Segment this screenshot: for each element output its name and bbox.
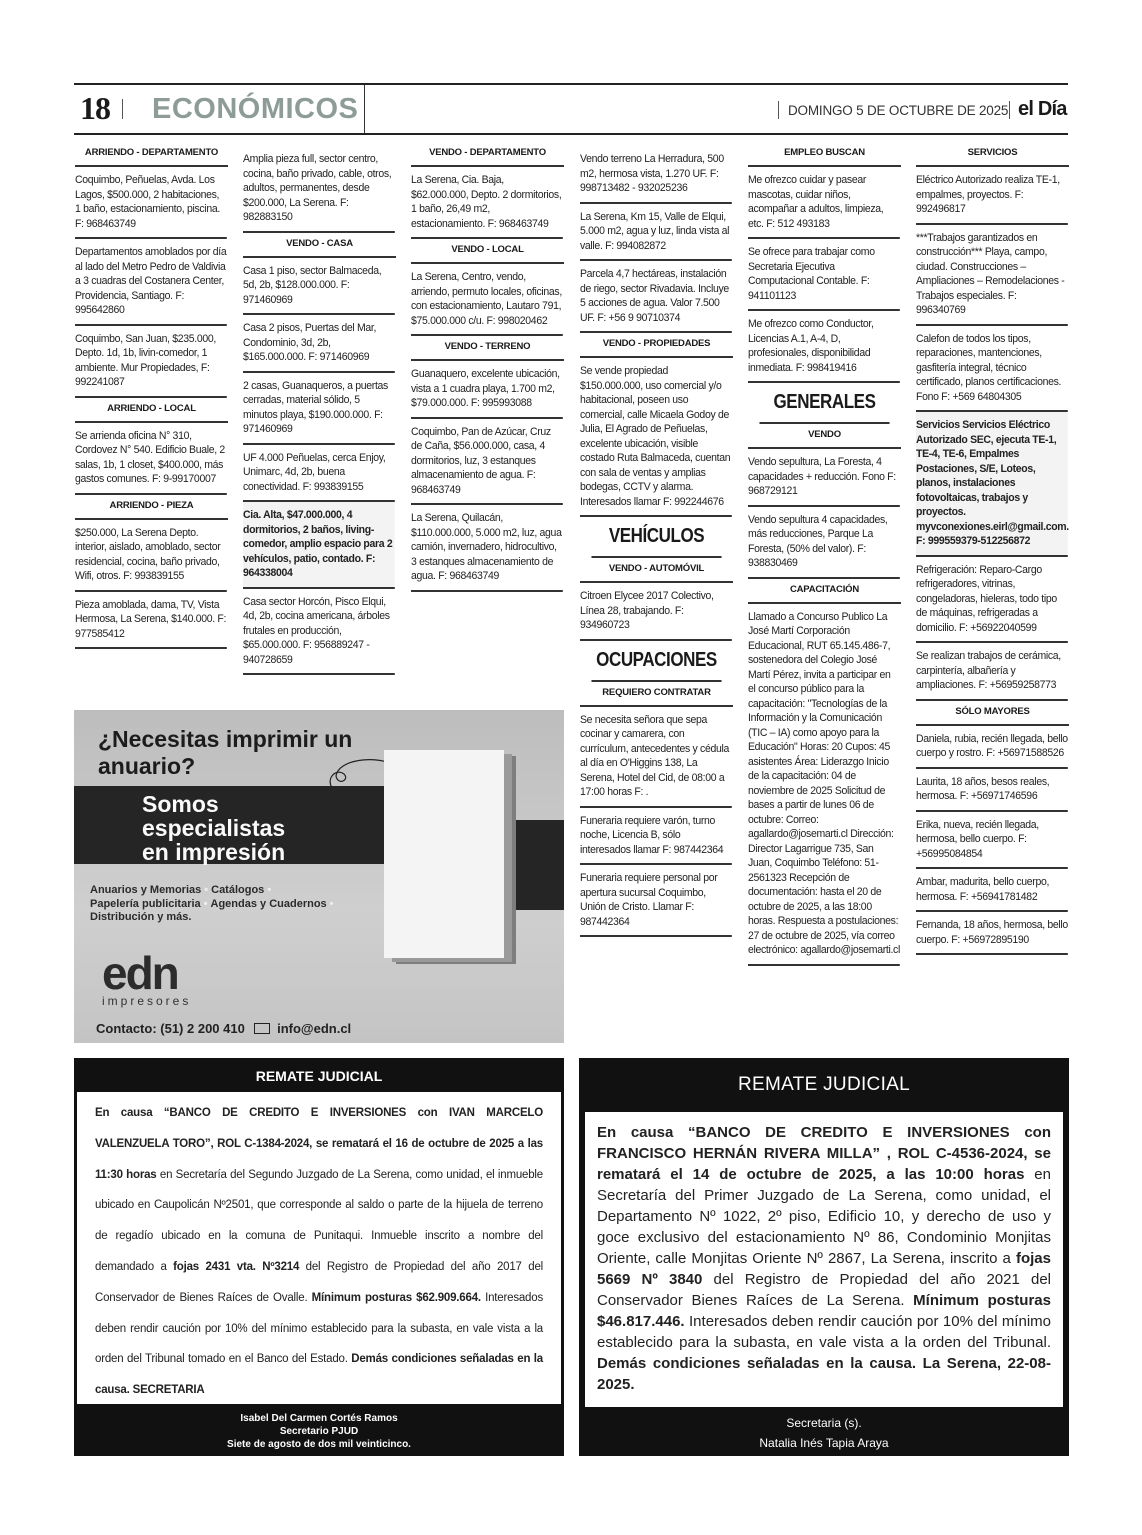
category-heading: VENDO - AUTOMÓVIL <box>580 558 733 583</box>
classified-ad: Eléctrico Autorizado realiza TE-1, empal… <box>916 167 1068 225</box>
category-heading: VENDO - PROPIEDADES <box>580 333 733 358</box>
category-heading: VENDO - TERRENO <box>411 336 564 361</box>
classified-ad: Se necesita señora que sepa cocinar y ca… <box>580 707 732 808</box>
section-title: ECONÓMICOS <box>152 93 358 126</box>
classified-ad: Se vende propiedad $150.000.000, uso com… <box>580 358 732 517</box>
contact-phone: Contacto: (51) 2 200 410 <box>96 1021 245 1036</box>
category-heading: SÓLO MAYORES <box>916 701 1069 726</box>
category-heading: CAPACITACIÓN <box>748 579 901 604</box>
classified-ad: Casa 1 piso, sector Balmaceda, 5d, 2b, $… <box>243 258 395 316</box>
classified-ad: Me ofrezco como Conductor, Licencias A.1… <box>748 311 900 383</box>
promo-contact: Contacto: (51) 2 200 410 info@edn.cl <box>96 1021 351 1036</box>
classified-ad: Funeraria requiere varón, turno noche, L… <box>580 808 732 866</box>
promo-dark-band <box>514 820 564 910</box>
category-heading: VENDO <box>748 424 901 449</box>
notice-title: REMATE JUDICIAL <box>74 1058 564 1092</box>
section-heading-generales: GENERALES <box>759 383 889 424</box>
classified-ad: $250.000, La Serena Depto. interior, ais… <box>75 520 227 592</box>
classified-ad: Llamado a Concurso Publico La José Martí… <box>748 604 900 966</box>
notice-title: REMATE JUDICIAL <box>579 1058 1069 1112</box>
page-number: 18 <box>80 90 110 127</box>
classified-ad: Vendo sepultura 4 capacidades, más reduc… <box>748 507 900 579</box>
divider <box>1009 101 1010 119</box>
notice-signature: Isabel Del Carmen Cortés Ramos Secretari… <box>74 1404 564 1451</box>
column-1: ARRIENDO - DEPARTAMENTO Coquimbo, Peñuel… <box>75 142 228 649</box>
section-heading-vehiculos: VEHÍCULOS <box>591 517 721 558</box>
category-heading: SERVICIOS <box>916 142 1069 167</box>
classified-ad: UF 4.000 Peñuelas, cerca Enjoy, Unimarc,… <box>243 445 395 503</box>
classified-ad: Laurita, 18 años, besos reales, hermosa.… <box>916 769 1068 812</box>
notice-body: En causa “BANCO DE CREDITO E INVERSIONES… <box>77 1092 561 1404</box>
classified-ad: Departamentos amoblados por día al lado … <box>75 239 227 326</box>
category-heading: ARRIENDO - PIEZA <box>75 495 228 520</box>
section-heading-ocupaciones: OCUPACIONES <box>591 641 721 682</box>
classified-ad: Refrigeración: Reparo-Cargo refrigerador… <box>916 557 1068 644</box>
legal-notice-remate-2: REMATE JUDICIAL En causa “BANCO DE CREDI… <box>579 1058 1069 1456</box>
classified-ad: Funeraria requiere personal por apertura… <box>580 865 732 937</box>
contact-email[interactable]: info@edn.cl <box>277 1021 351 1036</box>
classified-ad: Casa sector Horcón, Pisco Elqui, 4d, 2b,… <box>243 589 395 676</box>
classified-ad: Se ofrece para trabajar como Secretaria … <box>748 239 900 311</box>
classified-ad-featured: Cia. Alta, $47.000.000, 4 dormitorios, 2… <box>243 502 395 589</box>
classified-ad: Ambar, madurita, bello cuerpo, hermosa. … <box>916 869 1068 912</box>
classified-ad: Vendo sepultura, La Foresta, 4 capacidad… <box>748 449 900 507</box>
newspaper-logo: el Día <box>1018 98 1067 121</box>
classified-ad: Citroen Elycee 2017 Colectivo, Línea 28,… <box>580 583 732 641</box>
classified-ad: Parcela 4,7 hectáreas, instalación de ri… <box>580 261 732 333</box>
promo-headline: Somos especialistas en impresión <box>142 792 285 864</box>
column-5: EMPLEO BUSCAN Me ofrezco cuidar y pasear… <box>748 142 901 966</box>
category-heading: EMPLEO BUSCAN <box>748 142 901 167</box>
envelope-icon <box>254 1023 270 1034</box>
category-heading: ARRIENDO - DEPARTAMENTO <box>75 142 228 167</box>
column-4: Vendo terreno La Herradura, 500 m2, herm… <box>580 142 733 937</box>
category-heading: VENDO - CASA <box>243 233 396 258</box>
column-2: Amplia pieza full, sector centro, cocina… <box>243 142 396 675</box>
classified-ad: La Serena, Quilacán, $110.000.000, 5.000… <box>411 505 563 592</box>
edn-logo: edn <box>102 950 178 996</box>
classified-ad: Coquimbo, San Juan, $235.000, Depto. 1d,… <box>75 326 227 398</box>
classified-ad: Guanaquero, excelente ubicación, vista a… <box>411 361 563 419</box>
notice-body: En causa “BANCO DE CREDITO E INVERSIONES… <box>585 1112 1063 1407</box>
classified-ad: Se realizan trabajos de cerámica, carpin… <box>916 643 1068 701</box>
printing-advertisement: ¿Necesitas imprimir un anuario? Somos es… <box>74 710 564 1043</box>
category-heading: VENDO - LOCAL <box>411 239 564 264</box>
divider <box>122 99 123 119</box>
classified-ad: Coquimbo, Pan de Azúcar, Cruz de Caña, $… <box>411 419 563 506</box>
issue-date: DOMINGO 5 DE OCTUBRE DE 2025 <box>788 103 1008 118</box>
classified-ad: Vendo terreno La Herradura, 500 m2, herm… <box>580 142 732 204</box>
category-heading: ARRIENDO - LOCAL <box>75 398 228 423</box>
classified-ad: La Serena, Centro, vendo, arriendo, perm… <box>411 264 563 336</box>
book-image <box>384 750 504 958</box>
classified-ad: ***Trabajos garantizados en construcción… <box>916 225 1068 326</box>
promo-services: Anuarios y Memorias•Catálogos• Papelería… <box>90 884 337 925</box>
classified-ad: La Serena, Km 15, Valle de Elqui, 5.000 … <box>580 204 732 262</box>
classified-ad: Calefon de todos los tipos, reparaciones… <box>916 326 1068 413</box>
column-6: SERVICIOS Eléctrico Autorizado realiza T… <box>916 142 1069 955</box>
column-3: VENDO - DEPARTAMENTO La Serena, Cia. Baj… <box>411 142 564 592</box>
category-heading: REQUIERO CONTRATAR <box>580 682 733 707</box>
divider <box>778 101 779 119</box>
classified-ad: Pieza amoblada, dama, TV, Vista Hermosa,… <box>75 592 227 650</box>
classified-ad: Amplia pieza full, sector centro, cocina… <box>243 142 395 233</box>
masthead: 18 ECONÓMICOS DOMINGO 5 DE OCTUBRE DE 20… <box>74 83 1068 135</box>
classified-ad: Coquimbo, Peñuelas, Avda. Los Lagos, $50… <box>75 167 227 239</box>
classified-ad: Se arrienda oficina N° 310, Cordovez N° … <box>75 423 227 495</box>
classified-ad: Erika, nueva, recién llegada, hermosa, b… <box>916 812 1068 870</box>
classified-ad: Fernanda, 18 años, hermosa, bello cuerpo… <box>916 912 1068 955</box>
classified-ad: Daniela, rubia, recién llegada, bello cu… <box>916 726 1068 769</box>
classified-ad: 2 casas, Guanaqueros, a puertas cerradas… <box>243 373 395 445</box>
classified-ad: Me ofrezco cuidar y pasear mascotas, cui… <box>748 167 900 239</box>
edn-logo-subtitle: impresores <box>102 994 191 1008</box>
notice-signature: Secretaria (s). Natalia Inés Tapia Araya <box>579 1407 1069 1453</box>
classified-ad: Casa 2 pisos, Puertas del Mar, Condomini… <box>243 315 395 373</box>
legal-notice-remate-1: REMATE JUDICIAL En causa “BANCO DE CREDI… <box>74 1058 564 1456</box>
classified-ad: La Serena, Cia. Baja, $62.000.000, Depto… <box>411 167 563 239</box>
divider <box>364 85 365 133</box>
classified-ad-featured: Servicios Servicios Eléctrico Autorizado… <box>916 412 1068 557</box>
category-heading: VENDO - DEPARTAMENTO <box>411 142 564 167</box>
